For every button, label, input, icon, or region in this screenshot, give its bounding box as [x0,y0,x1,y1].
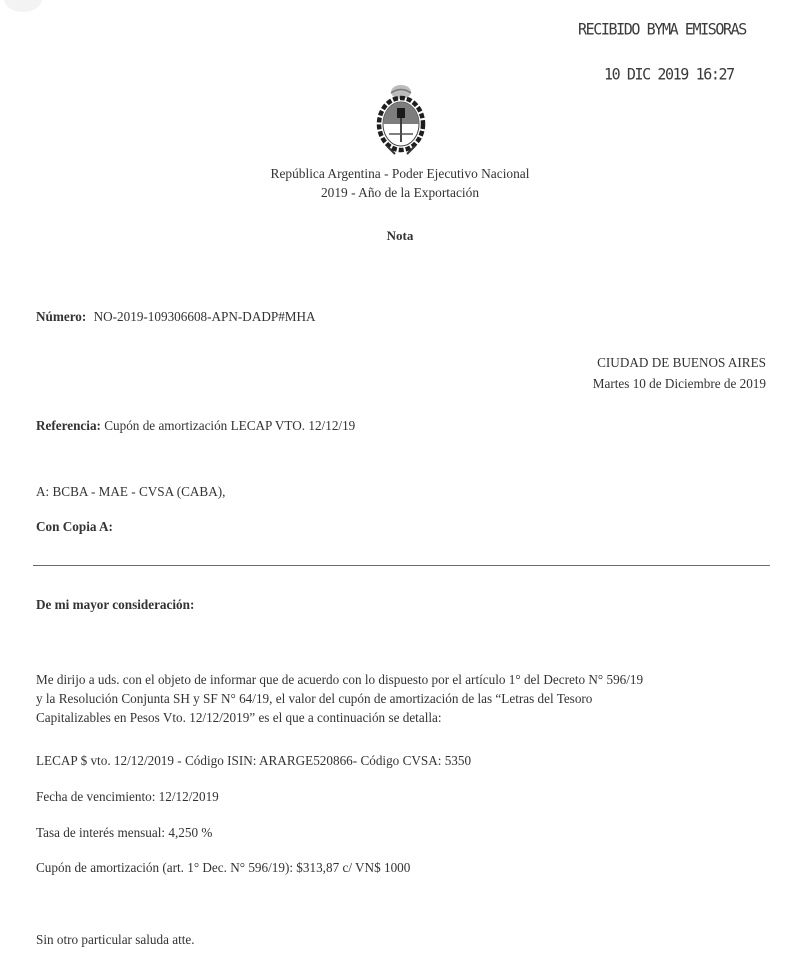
body-paragraph-line-2: y la Resolución Conjunta SH y SF N° 64/1… [36,691,592,707]
cc-label: Con Copia A: [36,519,113,535]
detail-isin: LECAP $ vto. 12/12/2019 - Código ISIN: A… [36,753,471,769]
body-paragraph-line-3: Capitalizables en Pesos Vto. 12/12/2019”… [36,710,442,726]
divider-line [33,565,770,566]
city: CIUDAD DE BUENOS AIRES [597,355,766,371]
recipient-to-text: A: BCBA - MAE - CVSA (CABA), [36,484,225,499]
header-line-2: 2019 - Año de la Exportación [0,185,800,201]
date: Martes 10 de Diciembre de 2019 [593,376,766,392]
numero-label: Número: [36,309,86,324]
referencia-value: Cupón de amortización LECAP VTO. 12/12/1… [104,418,355,433]
doc-type-title: Nota [0,228,800,244]
referencia-label: Referencia: [36,418,101,433]
body-paragraph-line-1: Me dirijo a uds. con el objeto de inform… [36,672,643,688]
detail-interest-rate: Tasa de interés mensual: 4,250 % [36,825,212,841]
detail-due-date: Fecha de vencimiento: 12/12/2019 [36,789,219,805]
header-line-1: República Argentina - Poder Ejecutivo Na… [0,166,800,182]
received-stamp-datetime: 10 DIC 2019 16:27 [604,64,734,83]
numero-row: Número: NO-2019-109306608-APN-DADP#MHA [36,309,316,325]
received-stamp: RECIBIDO BYMA EMISORAS [578,19,746,38]
recipient-to: A: BCBA - MAE - CVSA (CABA), [36,484,225,500]
scan-smudge [4,0,42,12]
numero-value: NO-2019-109306608-APN-DADP#MHA [94,309,316,324]
detail-coupon: Cupón de amortización (art. 1° Dec. N° 5… [36,860,410,876]
referencia-row: Referencia: Cupón de amortización LECAP … [36,418,355,434]
closing: Sin otro particular saluda atte. [36,932,195,948]
argentina-coat-of-arms-icon [373,84,429,158]
greeting: De mi mayor consideración: [36,597,194,613]
